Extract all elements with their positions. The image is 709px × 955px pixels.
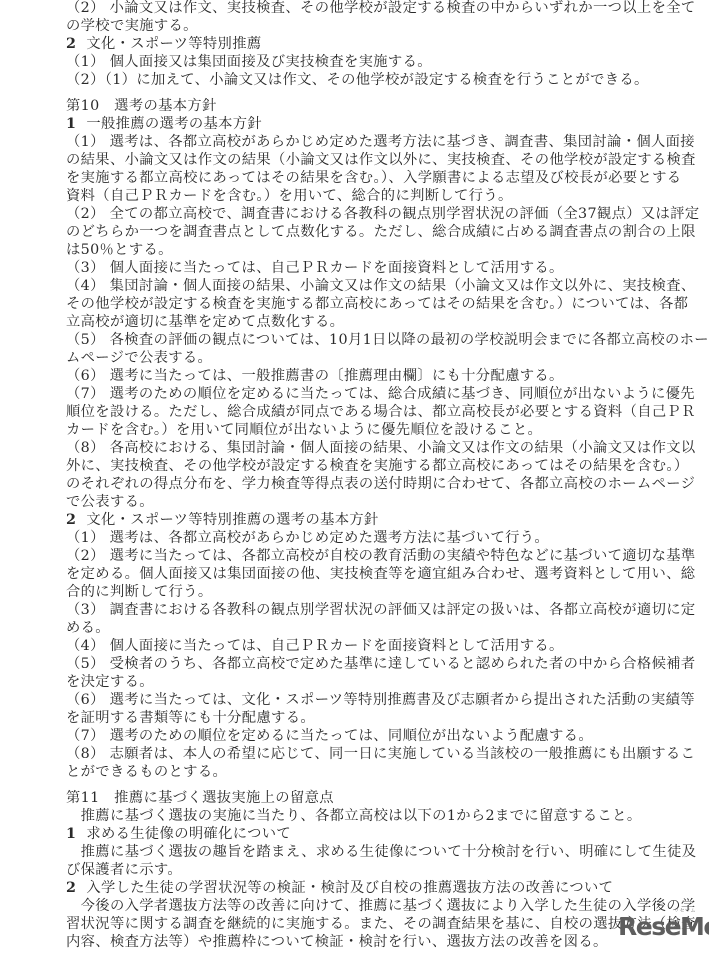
text-line: を定める。個人面接又は集団面接の他、実技検査等を適宜組み合わせ、選考資料として用… — [66, 565, 632, 583]
text-line: （7） 選考のための順位を定めるに当たっては、総合成績に基づき、同順位が出ないよ… — [66, 385, 632, 403]
text-line: 外に、実技検査、その他学校が設定する検査を実施する都立高校にあってはその結果を含… — [66, 457, 632, 475]
text-line: のどちらか一つを調査書点として点数化する。ただし、総合成績に占める調査書点の割合… — [66, 223, 632, 241]
text-line: 今後の入学者選抜方法等の改善に向けて、推薦に基づく選抜により入学した生徒の入学後… — [66, 897, 632, 915]
chapter-heading: 第11 推薦に基づく選抜実施上の留意点 — [66, 789, 632, 807]
text-line: （3） 個人面接に当たっては、自己ＰＲカードを面接資料として活用する。 — [66, 259, 632, 277]
text-line: （2） 小論文又は作文、実技検査、その他学校が設定する検査の中からいずれか一つ以… — [66, 0, 632, 17]
text-line: のそれぞれの得点分布を、学力検査等得点表の送付時期に合わせて、各都立高校のホーム… — [66, 475, 632, 493]
document-page: （2） 小論文又は作文、実技検査、その他学校が設定する検査の中からいずれか一つ以… — [0, 0, 709, 955]
text-line: とができるものとする。 — [66, 763, 632, 781]
text-line: を実施する都立高校にあってはその結果を含む。）、入学願書による志望及び校長が必要… — [66, 169, 632, 187]
text-line: （2） 全ての都立高校で、調査書における各教科の観点別学習状況の評価（全37観点… — [66, 205, 632, 223]
section-title: 入学した生徒の学習状況等の検証・検討及び自校の推薦選抜方法の改善について — [86, 880, 613, 896]
watermark-kana: リセマム — [674, 908, 696, 914]
text-line: める。 — [66, 619, 632, 637]
section-number: 2 — [66, 879, 76, 897]
section-number: 2 — [66, 511, 76, 529]
section-title: 一般推薦の選考の基本方針 — [86, 116, 262, 132]
text-line: 推薦に基づく選抜の実施に当たり、各都立高校は以下の1から2までに留意すること。 — [66, 807, 632, 825]
text-line: （1） 個人面接又は集団面接及び実技検査を実施する。 — [66, 53, 632, 71]
section-heading: 1一般推薦の選考の基本方針 — [66, 115, 632, 133]
text-line: び保護者に示す。 — [66, 861, 632, 879]
section-title: 文化・スポーツ等特別推薦 — [86, 36, 261, 52]
text-line: （8） 志願者は、本人の希望に応じて、同一日に実施している当該校の一般推薦にも出… — [66, 745, 632, 763]
section-heading: 1求める生徒像の明確化について — [66, 825, 632, 843]
text-line: 推薦に基づく選抜の趣旨を踏まえ、求める生徒像について十分検討を行い、明確にして生… — [66, 843, 632, 861]
text-line: の結果、小論文又は作文の結果（小論文又は作文以外に、実技検査、その他学校が設定す… — [66, 151, 632, 169]
watermark-brand: ReseMom — [618, 912, 709, 941]
chapter-heading: 第10 選考の基本方針 — [66, 97, 632, 115]
text-line: で公表する。 — [66, 493, 632, 511]
section-number: 1 — [66, 825, 76, 843]
text-line: （8） 各高校における、集団討論・個人面接の結果、小論文又は作文の結果（小論文又… — [66, 439, 632, 457]
section-heading: 2文化・スポーツ等特別推薦の選考の基本方針 — [66, 511, 632, 529]
section-heading: 2文化・スポーツ等特別推薦 — [66, 35, 632, 53]
text-line: （2） 選考に当たっては、各都立高校が自校の教育活動の実績や特色などに基づいて適… — [66, 547, 632, 565]
text-line: その他学校が設定する検査を実施する都立高校にあってはその結果を含む。）については… — [66, 295, 632, 313]
section-number: 1 — [66, 115, 76, 133]
text-line: （1） 選考は、各都立高校があらかじめ定めた選考方法に基づき、調査書、集団討論・… — [66, 133, 632, 151]
text-line: （4） 集団討論・個人面接の結果、小論文又は作文の結果（小論文又は作文以外に、実… — [66, 277, 632, 295]
text-line: （2）（1）に加えて、小論文又は作文、その他学校が設定する検査を行うことができる… — [66, 71, 632, 89]
section-heading: 2入学した生徒の学習状況等の検証・検討及び自校の推薦選抜方法の改善について — [66, 879, 632, 897]
text-line: は50％とする。 — [66, 241, 632, 259]
text-line: カードを含む。）を用いて同順位が出ないように優先順位を設けること。 — [66, 421, 632, 439]
text-line: 資料（自己ＰＲカードを含む。）を用いて、総合的に判断して行う。 — [66, 187, 632, 205]
text-line: を証明する書類等にも十分配慮する。 — [66, 709, 632, 727]
text-line: 順位を設ける。ただし、総合成績が同点である場合は、都立高校長が必要とする資料（自… — [66, 403, 632, 421]
text-line: （5） 受検者のうち、各都立高校で定めた基準に達していると認められた者の中から合… — [66, 655, 632, 673]
text-line: を決定する。 — [66, 673, 632, 691]
section-title: 文化・スポーツ等特別推薦の選考の基本方針 — [86, 512, 378, 528]
text-line: 合的に判断して行う。 — [66, 583, 632, 601]
text-line: （6） 選考に当たっては、一般推薦書の〔推薦理由欄〕にも十分配慮する。 — [66, 367, 632, 385]
text-line: 立高校が適切に基準を定めて点数化する。 — [66, 313, 632, 331]
text-line: の学校で実施する。 — [66, 17, 632, 35]
text-line: ムページで公表する。 — [66, 349, 632, 367]
text-line: 習状況等に関する調査を継続的に実施する。また、その調査結果を基に、自校の選抜方法… — [66, 915, 632, 933]
text-line: （5） 各検査の評価の観点については、10月1日以降の最初の学校説明会までに各都… — [66, 331, 632, 349]
section-number: 2 — [66, 35, 76, 53]
text-line: （7） 選考のための順位を定めるに当たっては、同順位が出ないよう配慮する。 — [66, 727, 632, 745]
text-line: （6） 選考に当たっては、文化・スポーツ等特別推薦書及び志願者から提出された活動… — [66, 691, 632, 709]
text-line: （1） 選考は、各都立高校があらかじめ定めた選考方法に基づいて行う。 — [66, 529, 632, 547]
text-line: （4） 個人面接に当たっては、自己ＰＲカードを面接資料として活用する。 — [66, 637, 632, 655]
section-title: 求める生徒像の明確化について — [86, 826, 291, 842]
text-line: 内容、検査方法等）や推薦枠について検証・検討を行い、選抜方法の改善を図る。 — [66, 933, 632, 951]
resemom-watermark-logo: リセマム ReseMom — [618, 912, 706, 942]
text-line: （3） 調査書における各教科の観点別学習状況の評価又は評定の扱いは、各都立高校が… — [66, 601, 632, 619]
